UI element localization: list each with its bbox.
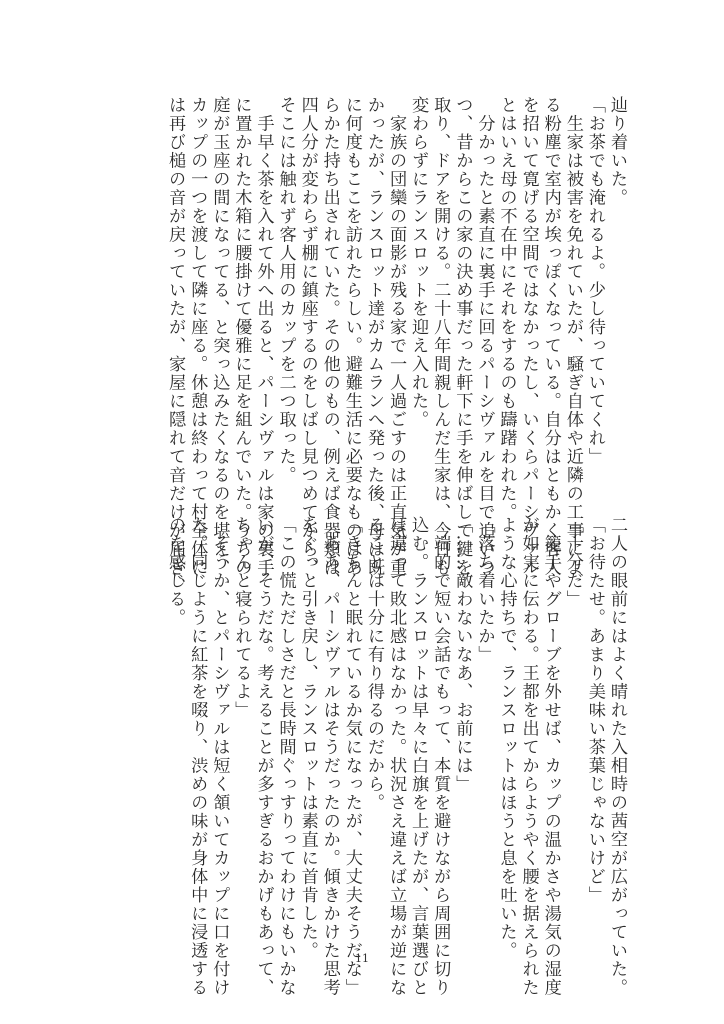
text-line: とはいえ母の不在中にそれをするのも躊躇われた。 bbox=[495, 96, 517, 488]
text-line: が如実に伝わる。王都を出てからようやく腰を据えられた bbox=[518, 516, 540, 908]
text-line: 分かったと素直に裏手に回るパーシヴァルを目で追いつ bbox=[473, 96, 495, 488]
page-number: 11 bbox=[0, 952, 724, 965]
text-line: 「……敵わないなあ、お前には」 bbox=[451, 516, 473, 908]
text-line: つ、昔からこの家の決め事だった軒下に手を伸ばして鍵を bbox=[451, 96, 473, 488]
text-line: に何度もここを訪れたらしい。避難生活に必要なものはあ bbox=[341, 96, 363, 488]
upper-text-block: 辿り着いた。 「お茶でも淹れるよ。少し待っていてくれ」 生家は被害を免れていたが… bbox=[164, 96, 628, 488]
text-line: ることは十分に有り得るのだから。 bbox=[363, 516, 385, 908]
text-line: 籠手やグローブを外せば、カップの温かさや湯気の湿度 bbox=[540, 516, 562, 908]
text-line: をぐっと引き戻し、ランスロットは素直に首肯した。 bbox=[297, 516, 319, 908]
text-line: ああ、パーシヴァルはそうだったのか。傾きかけた思考 bbox=[319, 516, 341, 908]
lower-text-block: 二人の眼前にはよく晴れた入相時の茜空が広がっていた。 「お待たせ。あまり美味い茶… bbox=[164, 516, 628, 908]
text-line: いが、そうだな。考えることが多すぎるおかげもあって、 bbox=[252, 516, 274, 908]
text-line: 「お茶でも淹れるよ。少し待っていてくれ」 bbox=[584, 96, 606, 488]
text-line: 端的で短い会話でもって、本質を避けながら周囲に切り bbox=[429, 516, 451, 908]
text-line: かったが、ランスロット達がカムランへ発った後、母は既 bbox=[363, 96, 385, 488]
text-line: を招いて寛げる空間ではなかったし、いくらパーシヴァル bbox=[518, 96, 540, 488]
text-line: 庭が玉座の間になってる、と突っ込みたくなるのを堪え、 bbox=[208, 96, 230, 488]
text-line: た。同じように紅茶を啜り、渋めの味が身体中に浸透する bbox=[186, 516, 208, 908]
text-line: のを感じる。 bbox=[164, 516, 186, 908]
text-line: そうか、とパーシヴァルは短く頷いてカップに口を付け bbox=[208, 516, 230, 908]
text-line: 二人の眼前にはよく晴れた入相時の茜空が広がっていた。 bbox=[606, 516, 628, 908]
book-page: 辿り着いた。 「お茶でも淹れるよ。少し待っていてくれ」 生家は被害を免れていたが… bbox=[0, 0, 724, 1024]
text-line: 「この慌ただしさだと長時間ぐっすりってわけにもいかな bbox=[275, 516, 297, 908]
text-line: 込む。ランスロットは早々に白旗を上げたが、言葉選びと bbox=[407, 516, 429, 908]
text-line: ような心持ちで、ランスロットはほうと息を吐いた。 bbox=[495, 516, 517, 908]
text-line: 取り、ドアを開ける。二十八年間親しんだ生家は、今日も bbox=[429, 96, 451, 488]
text-line: に置かれた木箱に腰掛けて優雅に足を組んでいた。うちの bbox=[230, 96, 252, 488]
text-line: ちゃんと寝られてるよ」 bbox=[230, 516, 252, 908]
text-line: 辿り着いた。 bbox=[606, 96, 628, 488]
text-line: らかた持ち出されていた。その他のもの、例えば食器類は bbox=[319, 96, 341, 488]
text-line: 「十分だ」 bbox=[562, 516, 584, 908]
text-line: 変わらずにランスロットを迎え入れた。 bbox=[407, 96, 429, 488]
text-line: 「落ち着いたか」 bbox=[473, 516, 495, 908]
text-line: 「お待たせ。あまり美味い茶葉じゃないけど」 bbox=[584, 516, 606, 908]
text-line: は再び槌の音が戻っていたが、家屋に隠れて音だけが届き、 bbox=[164, 96, 186, 488]
text-line: そこには触れず客人用のカップを二つ取った。 bbox=[275, 96, 297, 488]
text-line: 四人分が変わらず棚に鎮座するのをしばし見つめてから、 bbox=[297, 96, 319, 488]
text-line: 「きちんと眠れているか気になったが、大丈夫そうだな」 bbox=[341, 516, 363, 908]
text-line: は違って敗北感はなかった。状況さえ違えば立場が逆にな bbox=[385, 516, 407, 908]
text-line: 生家は被害を免れていたが、騒ぎ自体や近隣の工事によ bbox=[562, 96, 584, 488]
text-line: 手早く茶を入れて外へ出ると、パーシヴァルは家の裏手 bbox=[252, 96, 274, 488]
text-line: 家族の団欒の面影が残る家で一人過ごすのは正直気が重 bbox=[385, 96, 407, 488]
text-line: カップの一つを渡して隣に座る。休憩は終わって村全体に bbox=[186, 96, 208, 488]
text-line: る粉塵で室内が埃っぽくなっている。自分はともかく客人 bbox=[540, 96, 562, 488]
